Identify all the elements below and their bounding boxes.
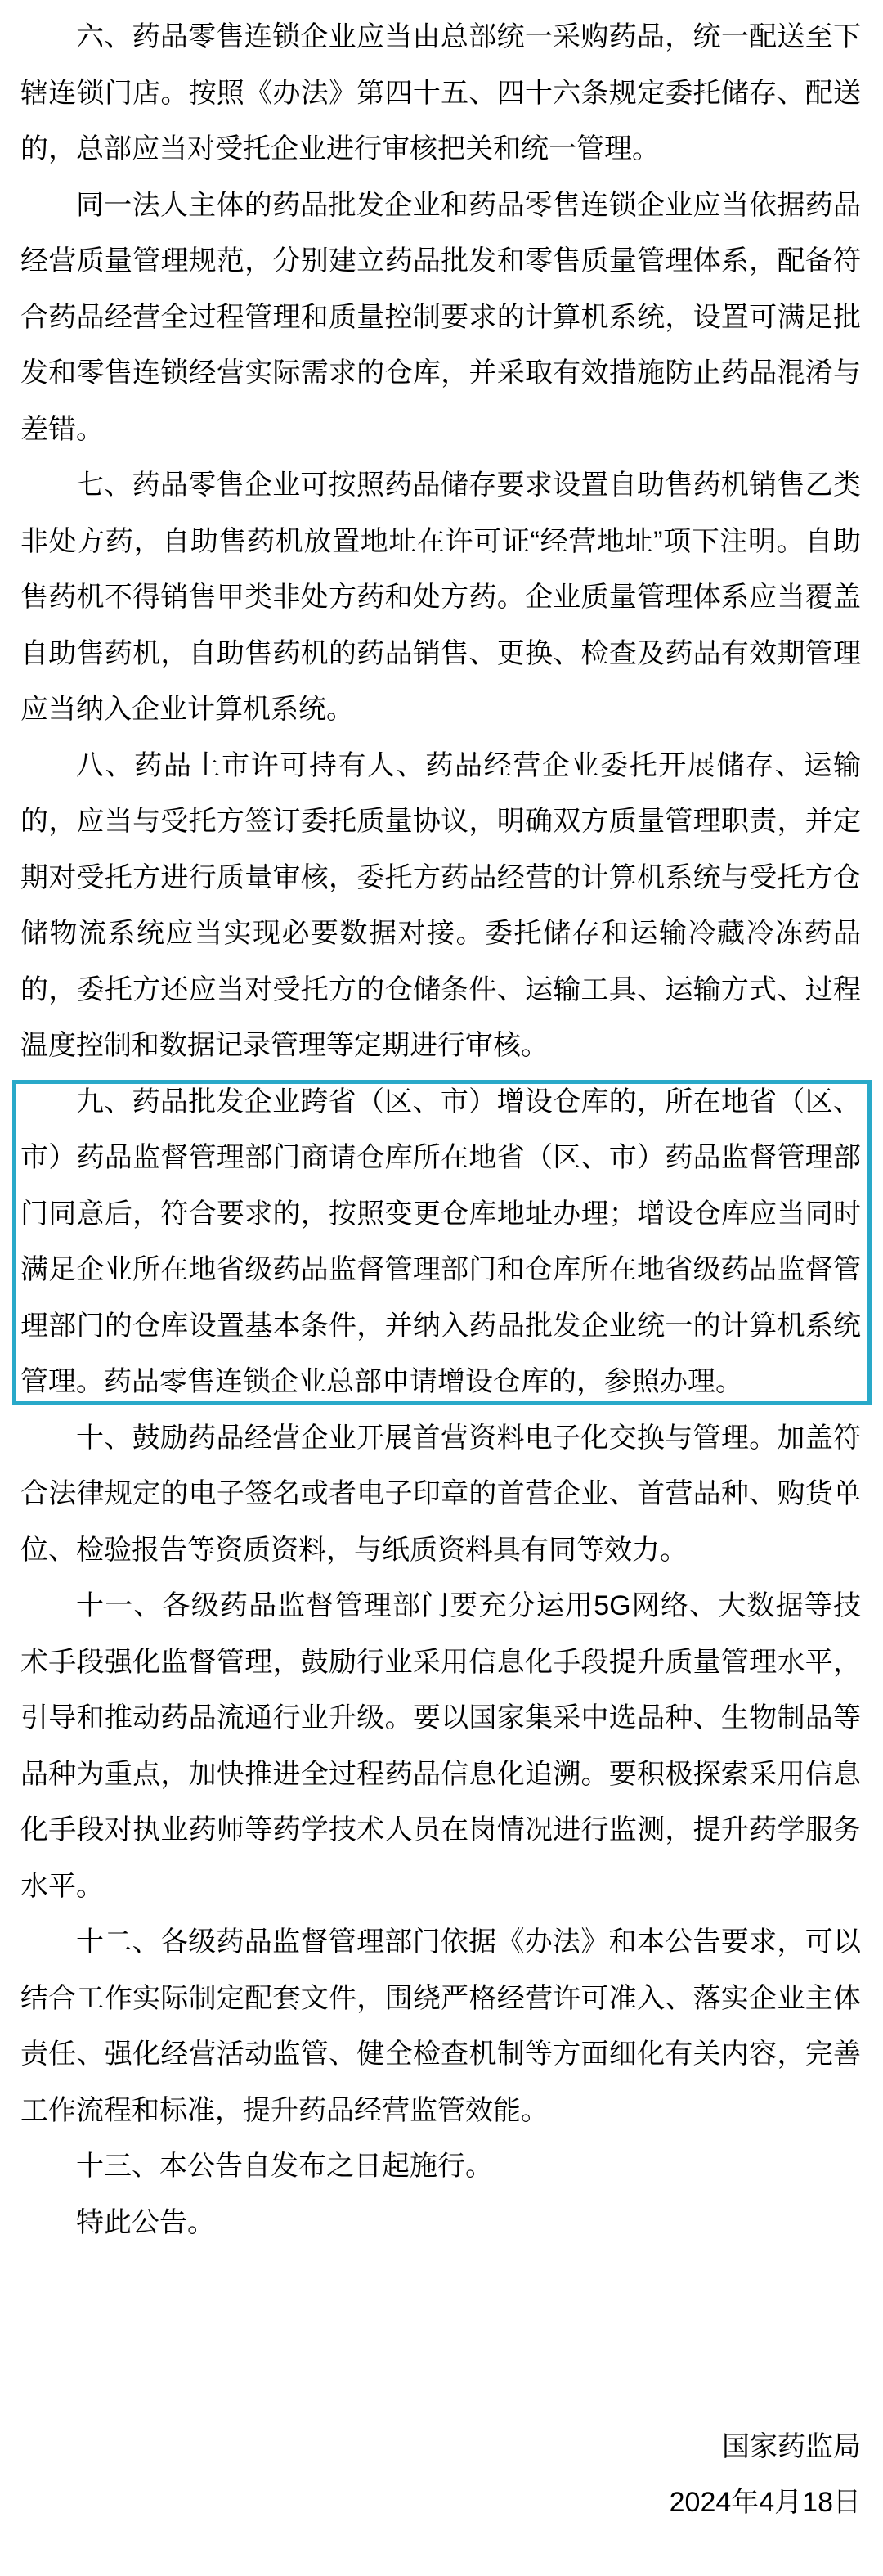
blank-space xyxy=(20,2250,861,2419)
closing-statement: 特此公告。 xyxy=(20,2195,861,2251)
clause-8-paragraph: 八、药品上市许可持有人、药品经营企业委托开展储存、运输的，应当与受托方签订委托质… xyxy=(20,738,861,1074)
clause-9-highlighted-paragraph: 九、药品批发企业跨省（区、市）增设仓库的，所在地省（区、市）药品监督管理部门商请… xyxy=(20,1074,861,1410)
clause-7-paragraph: 七、药品零售企业可按照药品储存要求设置自助售药机销售乙类非处方药，自助售药机放置… xyxy=(20,457,861,738)
clause-11-paragraph: 十一、各级药品监督管理部门要充分运用5G网络、大数据等技术手段强化监督管理，鼓励… xyxy=(20,1578,861,1914)
clause-6-paragraph: 六、药品零售连锁企业应当由总部统一采购药品，统一配送至下辖连锁门店。按照《办法》… xyxy=(20,9,861,178)
announcement-document: 六、药品零售连锁企业应当由总部统一采购药品，统一配送至下辖连锁门店。按照《办法》… xyxy=(0,0,883,2531)
signature-block: 国家药监局 2024年4月18日 xyxy=(20,2419,861,2531)
signature-date: 2024年4月18日 xyxy=(20,2475,861,2531)
clause-12-paragraph: 十二、各级药品监督管理部门依据《办法》和本公告要求，可以结合工作实际制定配套文件… xyxy=(20,1914,861,2138)
clause-6-continued-paragraph: 同一法人主体的药品批发企业和药品零售连锁企业应当依据药品经营质量管理规范，分别建… xyxy=(20,178,861,458)
signature-agency: 国家药监局 xyxy=(20,2419,861,2475)
clause-13-paragraph: 十三、本公告自发布之日起施行。 xyxy=(20,2138,861,2195)
clause-10-paragraph: 十、鼓励药品经营企业开展首营资料电子化交换与管理。加盖符合法律规定的电子签名或者… xyxy=(20,1410,861,1579)
